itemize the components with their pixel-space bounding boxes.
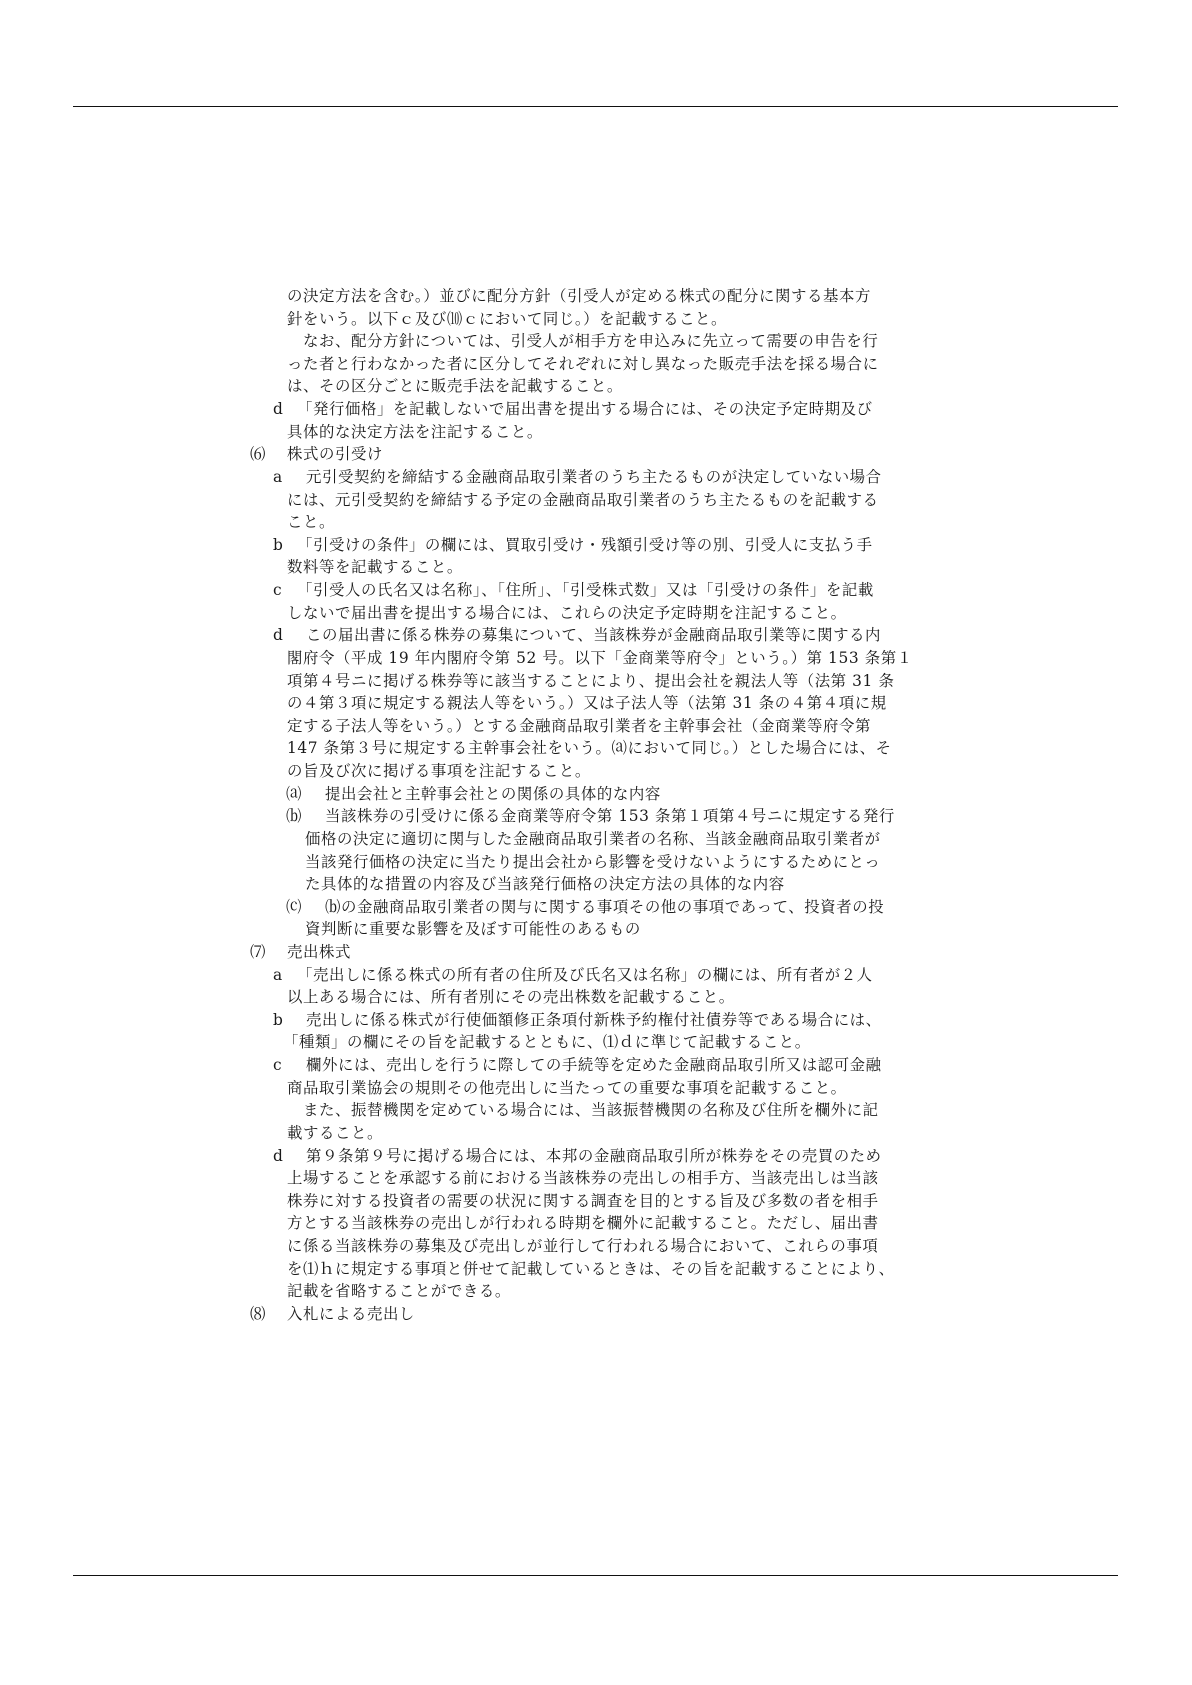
text-line: 数料等を記載すること。 [287,557,463,577]
list-marker: ⑻ [250,1304,265,1324]
text-line: 「発行価格」を記載しないで届出書を提出する場合には、その決定予定時期及び [297,399,873,419]
text-line: こと。 [287,512,335,532]
text-line: 「引受人の氏名又は名称」、「住所」、「引受株式数」又は「引受けの条件」を記載 [297,580,874,600]
list-marker: ⒝ [286,806,301,826]
text-line: の４第３項に規定する親法人等をいう。）又は子法人等（法第 31 条の４第４項に規 [287,693,887,713]
text-line: なお、配分方針については、引受人が相手方を申込みに先立って需要の申告を行 [303,331,878,351]
list-marker: d [273,625,283,645]
list-marker: c [273,1055,282,1075]
text-line: の決定方法を含む。）並びに配分方針（引受人が定める株式の配分に関する基本方 [287,286,871,306]
text-line: 元引受契約を締結する金融商品取引業者のうち主たるものが決定していない場合 [306,467,882,487]
text-line: 「種類」の欄にその旨を記載するとともに、⑴ｄに準じて記載すること。 [283,1032,811,1052]
list-marker: ⑺ [250,942,265,962]
text-line: 売出しに係る株式が行使価額修正条項付新株予約権付社債券等である場合には、 [306,1010,882,1030]
header-rule [73,106,1118,107]
text-line: った者と行わなかった者に区分してそれぞれに対し異なった販売手法を採る場合に [287,354,879,374]
list-marker: d [273,399,283,419]
text-line: を⑴ｈに規定する事項と併せて記載しているときは、その旨を記載することにより、 [287,1259,895,1279]
text-line: ⒝の金融商品取引業者の関与に関する事項その他の事項であって、投資者の投 [325,897,884,917]
text-line: 第９条第９号に掲げる場合には、本邦の金融商品取引所が株券をその売買のため [306,1146,882,1166]
text-line: 項第４号ニに掲げる株券等に該当することにより、提出会社を親法人等（法第 31 条 [287,671,894,691]
text-line: 当該株券の引受けに係る金商業等府令第 153 条第１項第４号ニに規定する発行 [325,806,895,826]
text-line: 記載を省略することができる。 [287,1281,511,1301]
list-marker: a [273,467,282,487]
text-line: 売出株式 [287,942,351,962]
text-line: には、元引受契約を締結する予定の金融商品取引業者のうち主たるものを記載する [287,490,879,510]
text-line: 載すること。 [287,1123,383,1143]
text-line: また、振替機関を定めている場合には、当該振替機関の名称及び住所を欄外に記 [303,1100,879,1120]
text-line: 価格の決定に適切に関与した金融商品取引業者の名称、当該金融商品取引業者が [305,829,881,849]
footer-rule [73,1575,1118,1576]
text-line: 欄外には、売出しを行うに際しての手続等を定めた金融商品取引所又は認可金融 [306,1055,882,1075]
text-line: 上場することを承認する前における当該株券の売出しの相手方、当該売出しは当該 [287,1168,879,1188]
list-marker: d [273,1146,283,1166]
text-line: 147 条第３号に規定する主幹事会社をいう。⒜において同じ。）とした場合には、そ [287,738,892,758]
text-line: この届出書に係る株券の募集について、当該株券が金融商品取引業等に関する内 [306,625,881,645]
list-marker: a [273,965,282,985]
text-line: の旨及び次に掲げる事項を注記すること。 [287,761,591,781]
text-line: 「引受けの条件」の欄には、買取引受け・残額引受け等の別、引受人に支払う手 [297,535,873,555]
text-line: は、その区分ごとに販売手法を記載すること。 [287,376,623,396]
list-marker: c [273,580,282,600]
list-marker: ⑹ [250,444,265,464]
text-line: 資判断に重要な影響を及ぼす可能性のあるもの [305,919,641,939]
text-line: 方とする当該株券の売出しが行われる時期を欄外に記載すること。ただし、届出書 [287,1213,879,1233]
text-line: 以上ある場合には、所有者別にその売出株数を記載すること。 [287,987,735,1007]
text-line: 具体的な決定方法を注記すること。 [287,422,543,442]
list-marker: ⒞ [286,897,301,917]
text-line: 針をいう。以下ｃ及び⑽ｃにおいて同じ。）を記載すること。 [287,309,727,329]
text-line: 入札による売出し [287,1304,415,1324]
list-marker: ⒜ [286,784,301,804]
text-line: 閣府令（平成 19 年内閣府令第 52 号。以下「金商業等府令」という。）第 1… [287,648,913,668]
text-line: 株式の引受け [287,444,383,464]
list-marker: b [273,535,283,555]
text-line: 株券に対する投資者の需要の状況に関する調査を目的とする旨及び多数の者を相手 [287,1191,879,1211]
text-line: た具体的な措置の内容及び当該発行価格の決定方法の具体的な内容 [305,874,785,894]
text-line: 「売出しに係る株式の所有者の住所及び氏名又は名称」の欄には、所有者が２人 [297,965,873,985]
text-line: 商品取引業協会の規則その他売出しに当たっての重要な事項を記載すること。 [287,1078,847,1098]
text-line: 定する子法人等をいう。）とする金融商品取引業者を主幹事会社（金商業等府令第 [287,716,871,736]
list-marker: b [273,1010,283,1030]
text-line: 当該発行価格の決定に当たり提出会社から影響を受けないようにするためにとっ [305,852,880,872]
text-line: に係る当該株券の募集及び売出しが並行して行われる場合において、これらの事項 [287,1236,878,1256]
text-line: しないで届出書を提出する場合には、これらの決定予定時期を注記すること。 [287,603,847,623]
text-line: 提出会社と主幹事会社との関係の具体的な内容 [325,784,661,804]
